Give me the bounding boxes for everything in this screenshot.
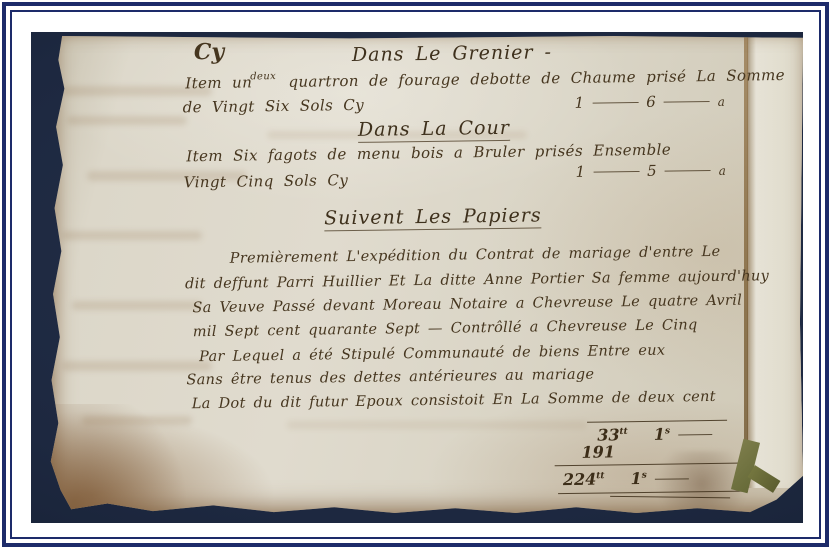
cour-amount-row: 15a — [575, 161, 725, 181]
heading-papiers: Suivent Les Papiers — [324, 204, 542, 231]
papiers-line-3: Sa Veuve Passé devant Moreau Notaire a C… — [192, 293, 742, 317]
framed-manuscript-page: Cy Dans Le Grenier - Item undeux quartro… — [0, 0, 831, 549]
livres-abbrev: tt — [619, 427, 627, 437]
tally-total: 224tt1s — [563, 468, 689, 489]
cour-deniers: a — [719, 164, 726, 178]
heading-grenier: Dans Le Grenier - — [352, 41, 552, 66]
papiers-line-4: mil Sept cent quarante Sept — Contrôllé … — [193, 317, 698, 340]
grenier-item-line1: Item undeux quartron de fourage debotte … — [185, 64, 785, 92]
cour-livres: 1 — [575, 163, 585, 181]
sols-abbrev: s — [665, 426, 670, 436]
manuscript-writing: Cy Dans Le Grenier - Item undeux quartro… — [44, 32, 803, 519]
tally-overline — [587, 420, 727, 423]
papiers-line-6: Sans être tenus des dettes antérieures a… — [186, 367, 594, 389]
paraph-mark: Cy — [194, 39, 225, 65]
papiers-line-7: La Dot du dit futur Epoux consistoit En … — [192, 389, 716, 412]
tally-total-sols: 1 — [630, 469, 641, 488]
sols-abbrev: s — [642, 471, 647, 481]
manuscript-paper: Cy Dans Le Grenier - Item undeux quartro… — [47, 36, 803, 514]
tally-dash — [678, 434, 712, 435]
tally-underline-2 — [610, 496, 730, 498]
grenier-item-text2: quartron de fourage debotte de Chaume pr… — [288, 66, 785, 91]
papiers-line-5: Par Lequel a été Stipulé Communauté de b… — [199, 343, 665, 366]
tally-dash — [655, 478, 689, 479]
cour-sols: 5 — [647, 162, 657, 180]
amount-rule — [593, 171, 639, 173]
tally-1s: 1 — [654, 425, 665, 444]
papiers-line-1: Premièrement L'expédition du Contrat de … — [230, 244, 721, 267]
grenier-amount-row: 16a — [574, 92, 724, 112]
papiers-line-2: dit deffunt Parri Huillier Et La ditte A… — [185, 268, 769, 292]
tally-sum-rule — [555, 463, 745, 467]
grenier-deniers: a — [718, 95, 725, 109]
grenier-item-text: Item un — [185, 73, 252, 92]
manuscript-photo: Cy Dans Le Grenier - Item undeux quartro… — [31, 32, 803, 523]
amount-rule — [665, 170, 711, 172]
livres-abbrev: tt — [596, 471, 604, 481]
heading-cour: Dans La Cour — [358, 117, 510, 143]
interlinear-correction: deux — [250, 71, 276, 82]
grenier-livres: 1 — [574, 94, 584, 112]
tally-224: 224 — [563, 470, 597, 489]
amount-rule — [664, 101, 710, 103]
tally-underline — [558, 491, 743, 495]
cour-item-line2: Vingt Cinq Sols Cy — [184, 171, 349, 191]
grenier-item-line2: de Vingt Six Sols Cy — [183, 96, 365, 117]
grenier-sols: 6 — [646, 93, 656, 111]
amount-rule — [592, 102, 638, 104]
tally-addend-2: 191 — [581, 442, 615, 461]
